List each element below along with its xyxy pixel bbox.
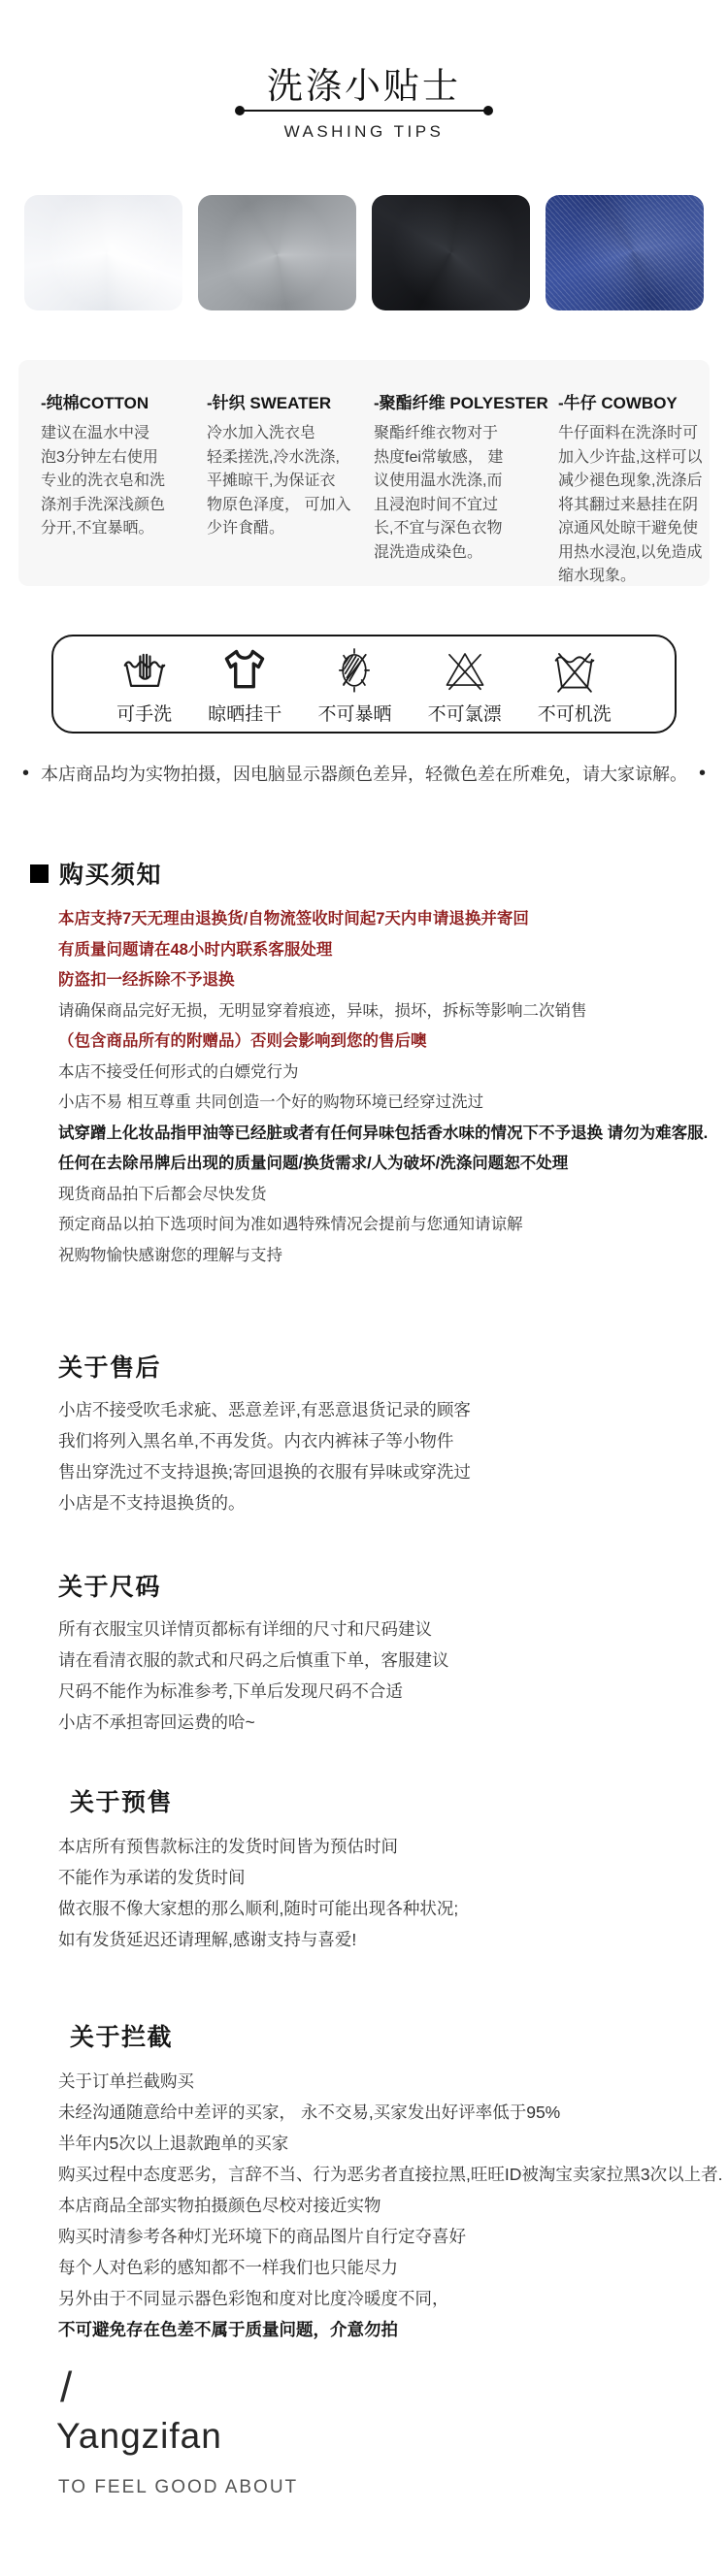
section-line: 请在看清衣服的款式和尺码之后慎重下单，客服建议 bbox=[58, 1651, 728, 1669]
fabric-swatch-row bbox=[24, 195, 704, 310]
blue-denim-fabric-image bbox=[546, 195, 704, 310]
no-sun-icon bbox=[328, 643, 381, 696]
care-symbol-hang-dry: 晾晒挂干 bbox=[208, 643, 281, 726]
notice-line: 现货商品拍下后都会尽快发货 bbox=[58, 1187, 728, 1203]
product-detail-page: 洗涤小贴士 WASHING TIPS -纯棉COTTON 建议在温水中浸 泡3分… bbox=[0, 0, 728, 2576]
care-symbol-label: 晾晒挂干 bbox=[208, 700, 281, 726]
section-line: 所有衣服宝贝详情页都标有详细的尺寸和尺码建议 bbox=[58, 1620, 728, 1638]
grey-knit-fabric-image bbox=[198, 195, 356, 310]
care-column-heading-sweater: -针织 SWEATER bbox=[207, 389, 370, 413]
care-column-body-cotton: 建议在温水中浸 泡3分钟左右使用 专业的洗衣皂和洗 涤剂手洗深浅颜色 分开,不宜… bbox=[41, 422, 186, 541]
care-symbol-label: 可手洗 bbox=[116, 700, 172, 726]
bullet-icon: • bbox=[699, 763, 706, 785]
no-bleach-icon bbox=[439, 643, 491, 696]
divider-dot-right bbox=[483, 106, 493, 115]
section-heading-sizing: 关于尺码 bbox=[58, 1568, 161, 1603]
black-polyester-fabric-image bbox=[372, 195, 530, 310]
section-line: 小店是不支持退换货的。 bbox=[58, 1494, 728, 1512]
section-line: 半年内5次以上退款跑单的买家 bbox=[58, 2135, 728, 2152]
care-symbol-label: 不可机洗 bbox=[538, 700, 612, 726]
section-line: 尺码不能作为标准参考,下单后发现尺码不合适 bbox=[58, 1682, 728, 1700]
no-machine-wash-icon bbox=[548, 643, 601, 696]
care-symbol-label: 不可氯漂 bbox=[428, 700, 502, 726]
section-line: 本店商品全部实物拍摄颜色尽校对接近实物 bbox=[58, 2197, 728, 2214]
purchase-notice-header: 购买须知 bbox=[30, 856, 162, 891]
section-line: 我们将列入黑名单,不再发货。内衣内裤袜子等小物件 bbox=[58, 1432, 728, 1450]
care-column-body-cowboy: 牛仔面料在洗涤时可 加入少许盐,这样可以 减少褪色现象,洗涤后 将其翻过来悬挂在… bbox=[558, 422, 715, 589]
notice-line: 防盗扣一经拆除不予退换 bbox=[58, 972, 728, 989]
brand-tagline: TO FEEL GOOD ABOUT bbox=[58, 2477, 298, 2498]
notice-line: （包含商品所有的附赠品）否则会影响到您的售后噢 bbox=[58, 1033, 728, 1050]
section-line: 购买时清参考各种灯光环境下的商品图片自行定夺喜好 bbox=[58, 2228, 728, 2245]
care-symbol-no-sun: 不可暴晒 bbox=[317, 643, 391, 726]
purchase-notice-lines: 本店支持7天无理由退换货/自物流签收时间起7天内申请退换并寄回 有质量问题请在4… bbox=[58, 911, 728, 1278]
page-subtitle: WASHING TIPS bbox=[0, 122, 728, 142]
section-line: 小店不承担寄回运费的哈~ bbox=[58, 1713, 728, 1731]
section-heading-blocking: 关于拦截 bbox=[70, 2018, 173, 2053]
photo-disclaimer-note: • 本店商品均为实物拍摄，因电脑显示器颜色差异，轻微色差在所难免，请大家谅解。 … bbox=[0, 761, 728, 786]
page-title: 洗涤小贴士 bbox=[0, 56, 728, 109]
footer-slash-mark: / bbox=[60, 2364, 72, 2412]
care-column-body-sweater: 冷水加入洗衣皂 轻柔搓洗,冷水洗涤, 平摊晾干,为保证衣 物原色泽度， 可加入 … bbox=[207, 422, 370, 541]
divider-dot-left bbox=[235, 106, 245, 115]
section-line: 不能作为承诺的发货时间 bbox=[58, 1869, 728, 1886]
section-line: 未经沟通随意给中差评的买家， 永不交易,买家发出好评率低于95% bbox=[58, 2103, 728, 2121]
section-body-presale: 本店所有预售款标注的发货时间皆为预估时间 不能作为承诺的发货时间 做衣服不像大家… bbox=[58, 1838, 728, 1962]
care-symbol-label: 不可暴晒 bbox=[317, 700, 391, 726]
white-cotton-fabric-image bbox=[24, 195, 182, 310]
section-line: 做衣服不像大家想的那么顺利,随时可能出现各种状况; bbox=[58, 1900, 728, 1917]
notice-line: 本店不接受任何形式的白嫖党行为 bbox=[58, 1064, 728, 1081]
hand-wash-icon bbox=[118, 643, 171, 696]
notice-line: 任何在去除吊牌后出现的质量问题/换货需求/人为破坏/洗涤问题恕不处理 bbox=[58, 1156, 728, 1172]
care-symbol-no-machine-wash: 不可机洗 bbox=[538, 643, 612, 726]
photo-disclaimer-text: 本店商品均为实物拍摄，因电脑显示器颜色差异，轻微色差在所难免，请大家谅解。 bbox=[41, 761, 687, 786]
title-divider bbox=[240, 110, 488, 112]
notice-line: 试穿蹭上化妆品指甲油等已经脏或者有任何异味包括香水味的情况下不予退换 请勿为难客… bbox=[58, 1125, 728, 1142]
notice-line: 有质量问题请在48小时内联系客服处理 bbox=[58, 942, 728, 959]
section-line: 售出穿洗过不支持退换;寄回退换的衣服有异味或穿洗过 bbox=[58, 1463, 728, 1481]
notice-line: 祝购物愉快感谢您的理解与支持 bbox=[58, 1248, 728, 1264]
section-heading-aftersales: 关于售后 bbox=[58, 1349, 161, 1384]
section-line: 如有发货延迟还请理解,感谢支持与喜爱! bbox=[58, 1931, 728, 1948]
bullet-icon: • bbox=[22, 763, 29, 785]
section-line: 购买过程中态度恶劣，言辞不当、行为恶劣者直接拉黑,旺旺ID被淘宝卖家拉黑3次以上… bbox=[58, 2166, 728, 2183]
brand-logo-text: Yangzifan bbox=[56, 2416, 222, 2457]
notice-line: 本店支持7天无理由退换货/自物流签收时间起7天内申请退换并寄回 bbox=[58, 911, 728, 928]
care-symbol-hand-wash: 可手洗 bbox=[116, 643, 172, 726]
care-column-heading-polyester: -聚酯纤维 POLYESTER bbox=[374, 389, 546, 413]
care-column-heading-cotton: -纯棉COTTON bbox=[41, 389, 186, 413]
care-column-body-polyester: 聚酯纤维衣物对于 热度fei常敏感， 建 议使用温水洗涤,而 且浸泡时间不宜过 … bbox=[374, 422, 546, 565]
care-symbols-box: 可手洗 晾晒挂干 不可暴晒 bbox=[51, 635, 677, 734]
section-body-aftersales: 小店不接受吹毛求疵、恶意差评,有恶意退货记录的顾客 我们将列入黑名单,不再发货。… bbox=[58, 1401, 728, 1525]
section-line: 每个人对色彩的感知都不一样我们也只能尽力 bbox=[58, 2259, 728, 2276]
section-line: 关于订单拦截购买 bbox=[58, 2072, 728, 2090]
hang-dry-icon bbox=[218, 643, 271, 696]
section-line: 小店不接受吹毛求疵、恶意差评,有恶意退货记录的顾客 bbox=[58, 1401, 728, 1418]
care-symbol-no-bleach: 不可氯漂 bbox=[428, 643, 502, 726]
section-body-sizing: 所有衣服宝贝详情页都标有详细的尺寸和尺码建议 请在看清衣服的款式和尺码之后慎重下… bbox=[58, 1620, 728, 1745]
section-body-blocking: 关于订单拦截购买 未经沟通随意给中差评的买家， 永不交易,买家发出好评率低于95… bbox=[58, 2072, 728, 2352]
notice-line: 预定商品以拍下选项时间为准如遇特殊情况会提前与您通知请谅解 bbox=[58, 1217, 728, 1233]
section-line: 不可避免存在色差不属于质量问题，介意勿拍 bbox=[58, 2321, 728, 2338]
notice-line: 请确保商品完好无损，无明显穿着痕迹，异味，损坏，拆标等影响二次销售 bbox=[58, 1003, 728, 1020]
section-line: 本店所有预售款标注的发货时间皆为预估时间 bbox=[58, 1838, 728, 1855]
black-square-icon bbox=[30, 864, 49, 883]
purchase-notice-title: 购买须知 bbox=[59, 856, 162, 891]
section-line: 另外由于不同显示器色彩饱和度对比度冷暖度不同， bbox=[58, 2290, 728, 2307]
care-column-heading-cowboy: -牛仔 COWBOY bbox=[558, 389, 715, 413]
section-heading-presale: 关于预售 bbox=[70, 1783, 173, 1818]
notice-line: 小店不易 相互尊重 共同创造一个好的购物环境已经穿过洗过 bbox=[58, 1094, 728, 1111]
